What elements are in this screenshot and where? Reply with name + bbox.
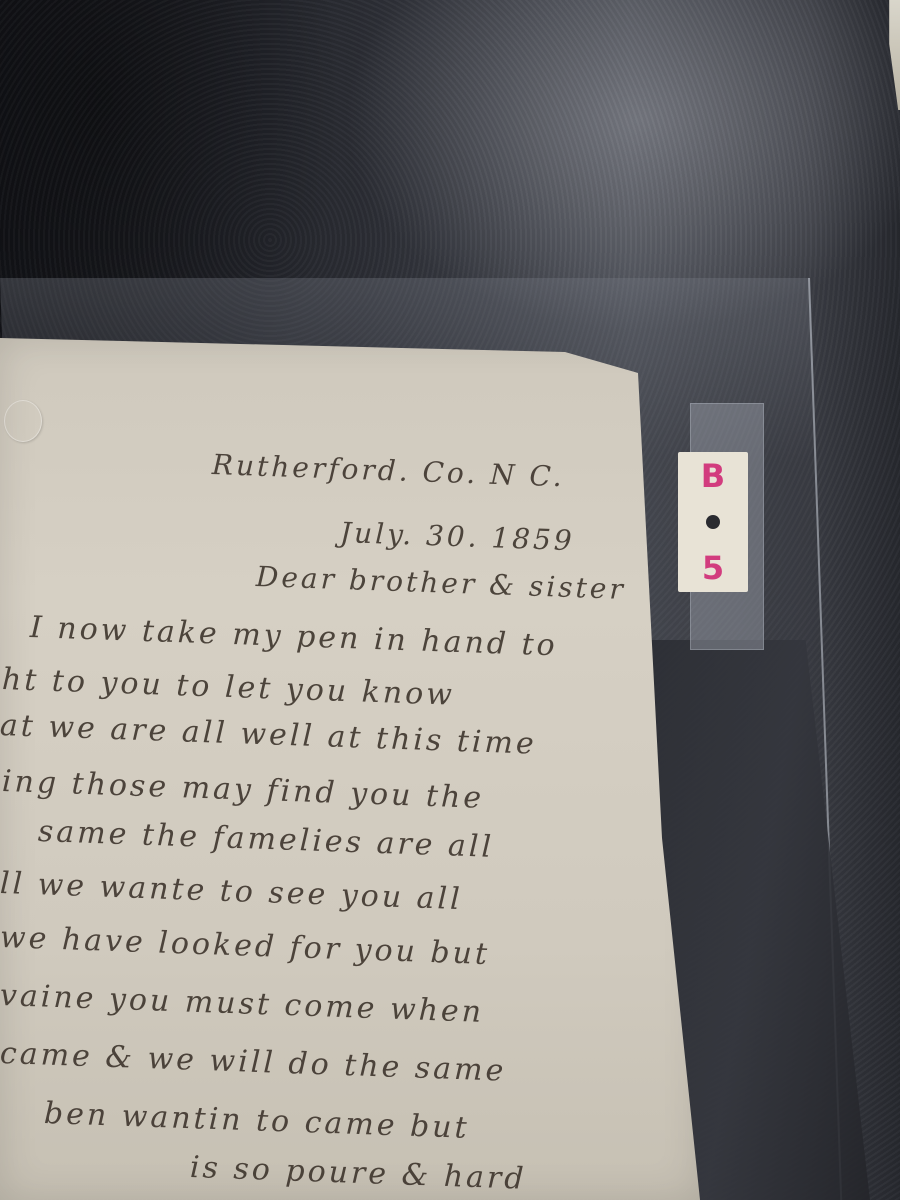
embossed-seal-icon bbox=[4, 400, 42, 442]
label-tag: B 5 bbox=[678, 452, 748, 592]
tag-hole-icon bbox=[706, 515, 720, 529]
tag-number: 5 bbox=[702, 552, 724, 584]
tag-letter: B bbox=[701, 460, 725, 492]
